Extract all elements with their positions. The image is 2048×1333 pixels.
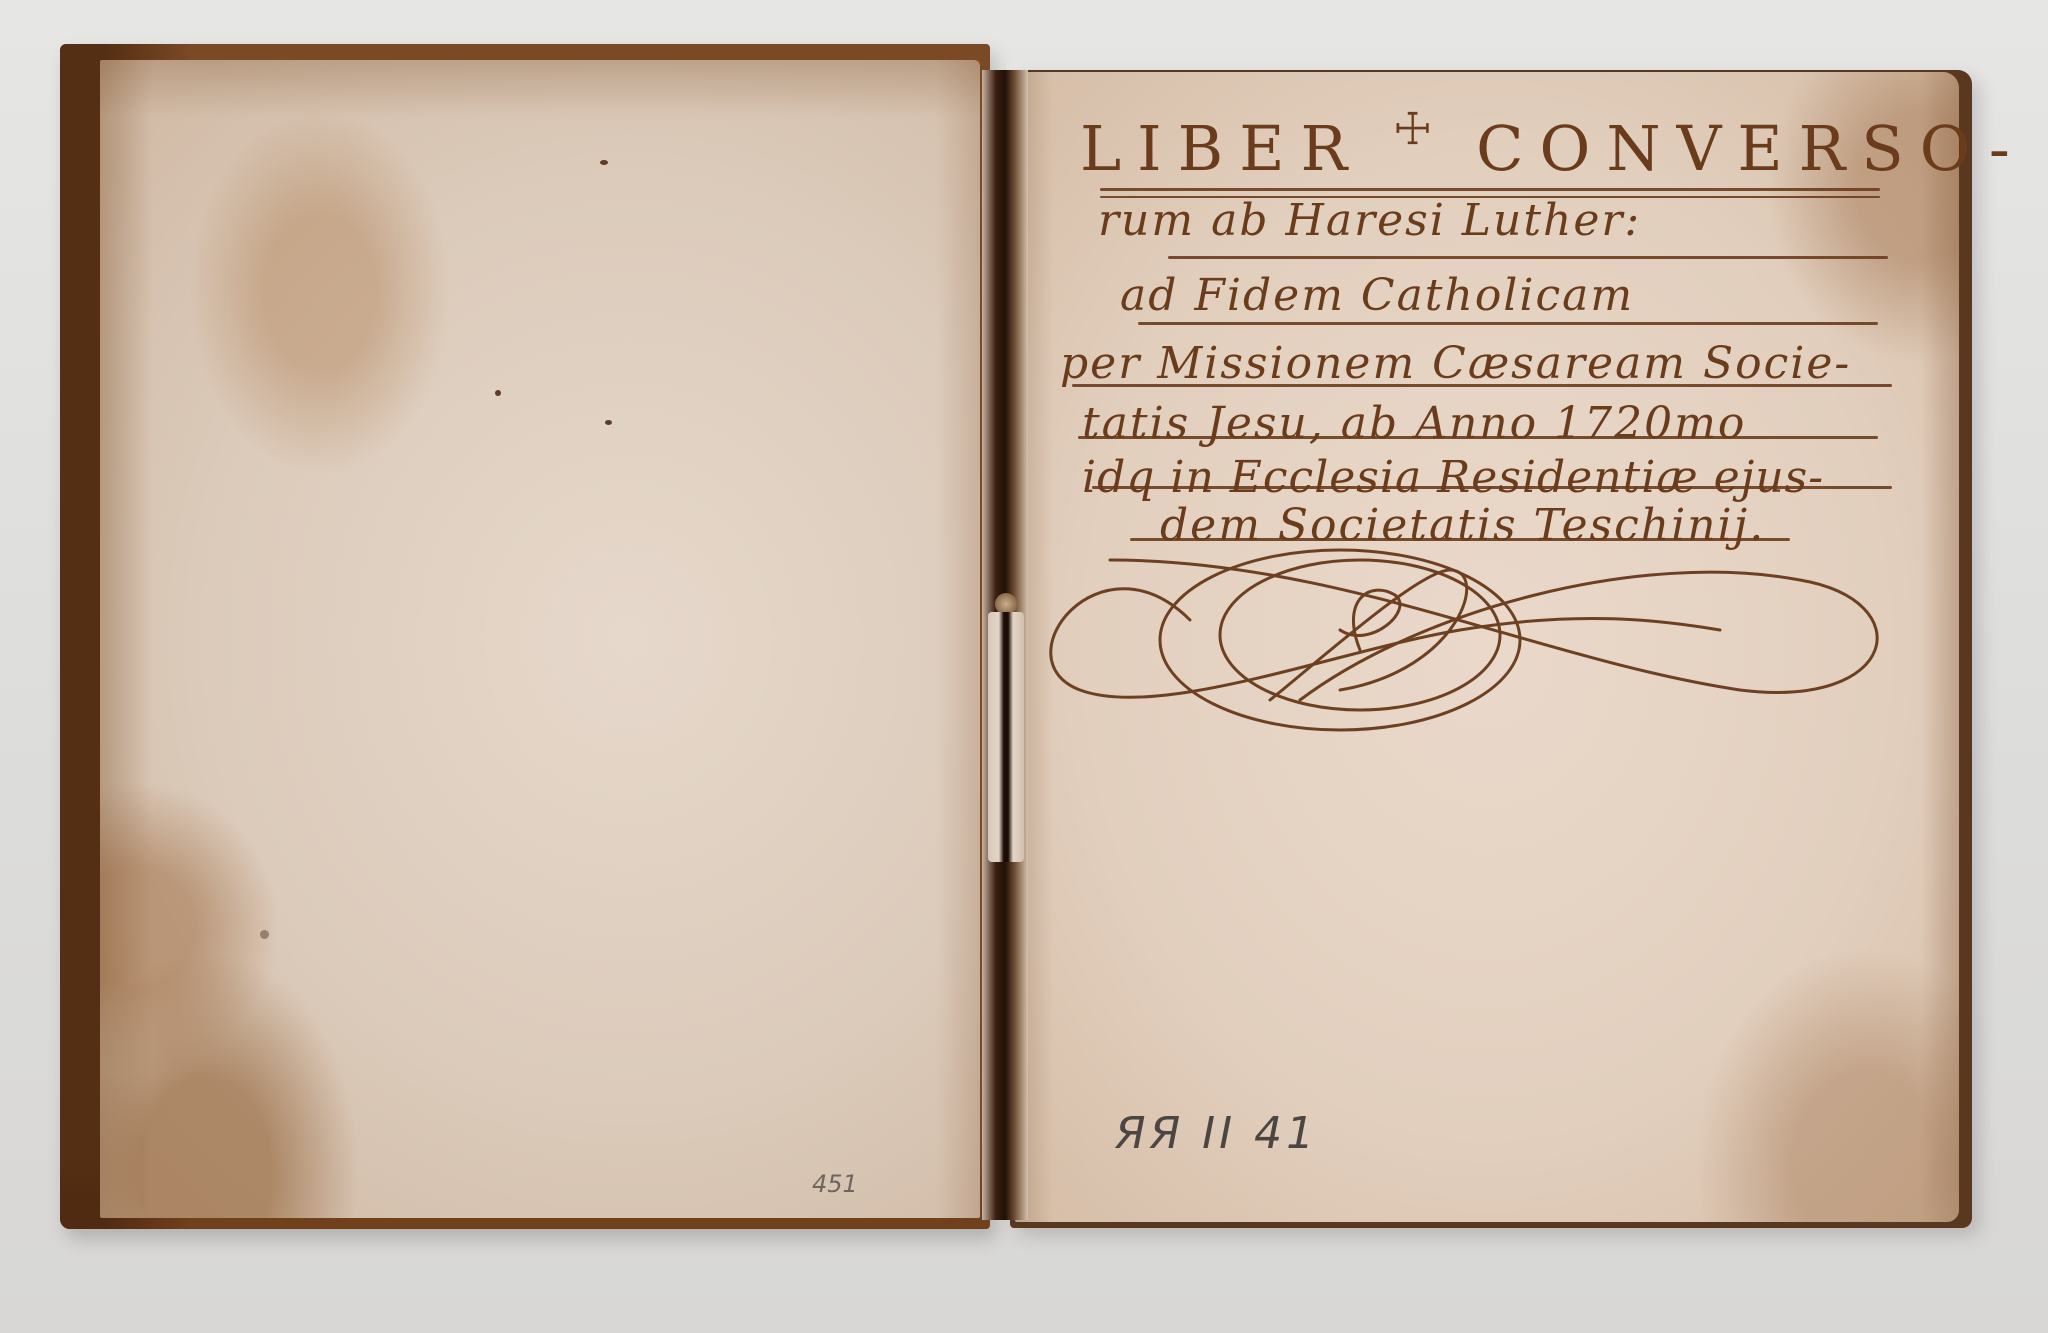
- sewing-guard-strip: [988, 612, 1024, 862]
- title-rule: [1100, 188, 1880, 191]
- stain-speck: [600, 160, 608, 165]
- title-word-liber: LIBER: [1080, 112, 1363, 185]
- underline-2: [1138, 322, 1878, 325]
- text-line-3: per Missionem Cæsaream Socie-: [1060, 338, 1851, 389]
- calligraphic-flourish-icon: [1040, 540, 1920, 740]
- text-line-2: ad Fidem Catholicam: [1120, 270, 1634, 321]
- cross-icon: ☩: [1393, 104, 1432, 155]
- text-line-1: rum ab Haresi Luther:: [1098, 195, 1641, 246]
- stain-speck: [605, 420, 612, 425]
- stain-speck: [495, 390, 501, 396]
- left-pencil-note: 451: [812, 1170, 858, 1198]
- text-line-5: idq in Ecclesia Residentiæ ejus-: [1082, 452, 1824, 503]
- underline-4: [1078, 436, 1878, 439]
- left-endpaper: [100, 60, 980, 1218]
- underline-3: [1072, 384, 1892, 387]
- pencil-shelfmark: ЯЯ II 41: [1115, 1108, 1318, 1159]
- title-heading: LIBER ☩ CONVERSO-: [1080, 112, 2026, 185]
- title-word-converso: CONVERSO-: [1476, 112, 2026, 185]
- open-manuscript-book: 451 LIBER ☩ CONVERSO- rum ab Haresi Luth…: [0, 0, 2048, 1333]
- underline-1: [1168, 256, 1888, 259]
- text-line-4: tatis Jesu, ab Anno 1720mo: [1082, 398, 1746, 449]
- underline-5: [1092, 486, 1892, 489]
- stain-speck: [260, 930, 269, 939]
